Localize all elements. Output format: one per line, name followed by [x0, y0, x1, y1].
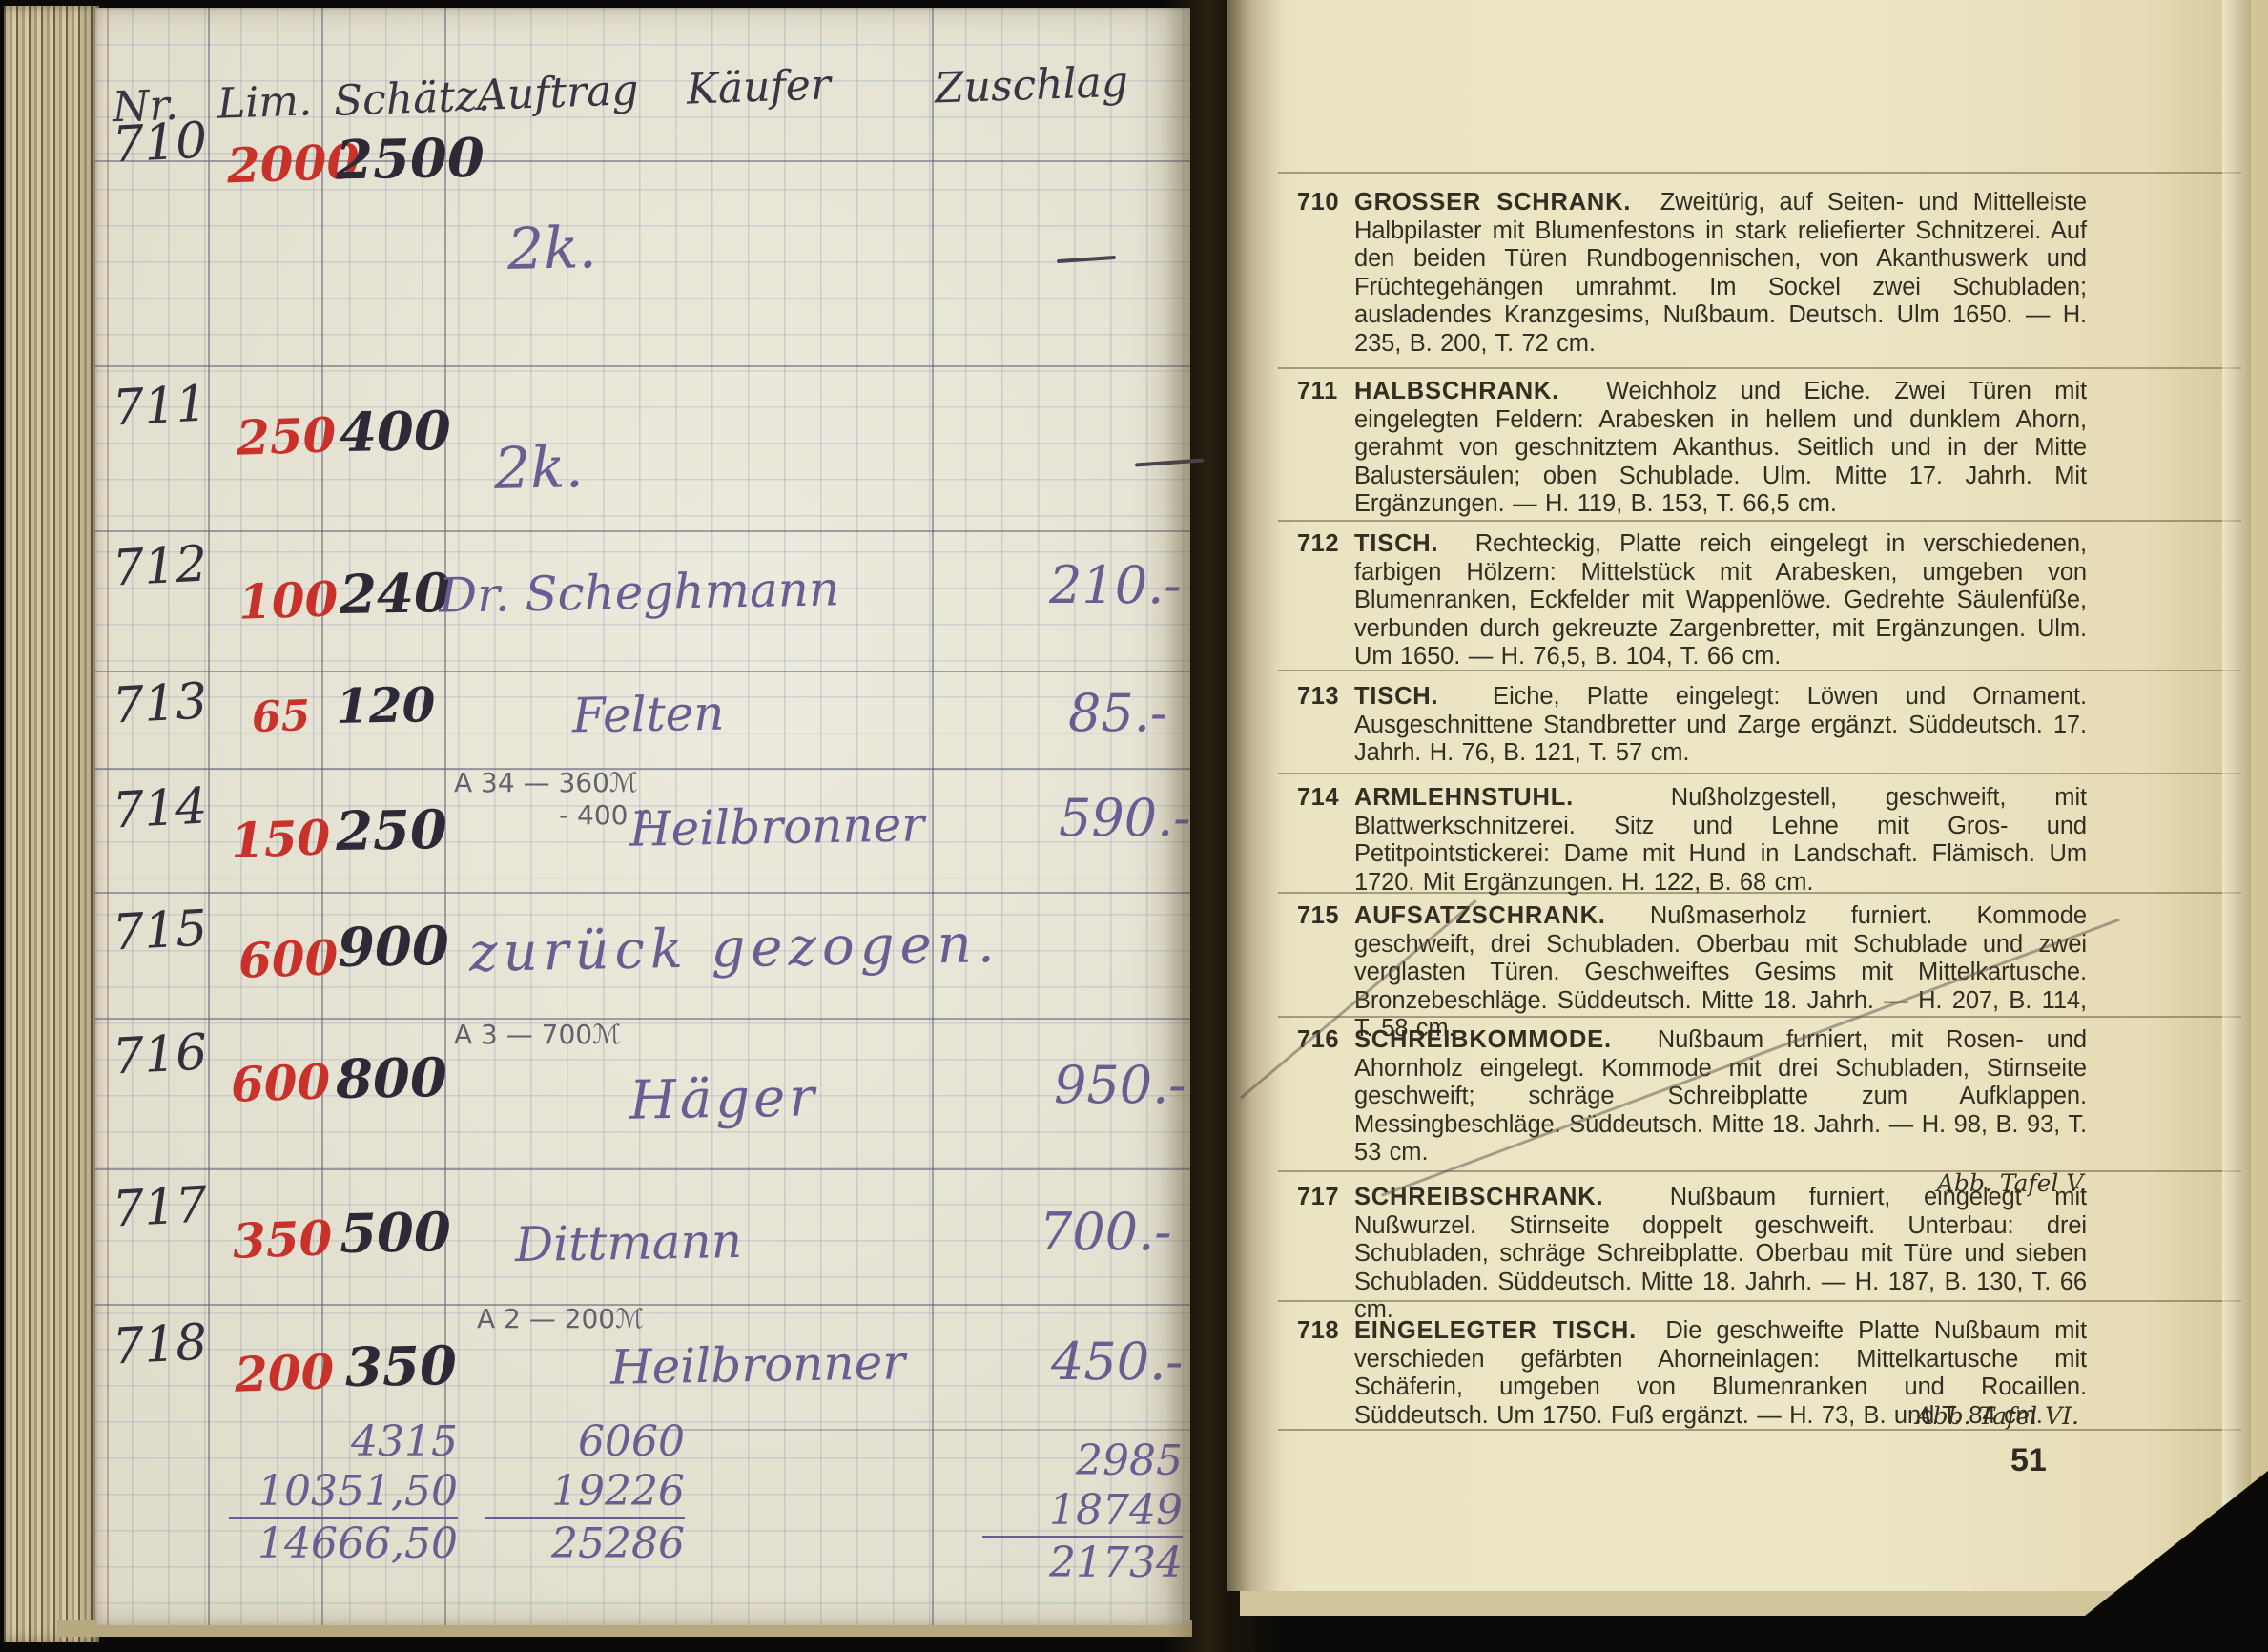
open-auction-ledger-photo: Nr. Lim. Schätz. Auftrag Käufer Zuschlag…	[0, 0, 2268, 1652]
buyer-name: Dittmann	[515, 1213, 743, 1272]
entry-rule	[1278, 773, 2241, 774]
catalog-entry-710: 710 GROSSER SCHRANK. Zweitürig, auf Seit…	[1297, 189, 2087, 358]
row-rule	[95, 365, 1190, 367]
entry-title: GROSSER SCHRANK.	[1354, 189, 1631, 216]
row-rule	[95, 1018, 1190, 1020]
catalog-entry-712: 712 TISCH. Rechteckig, Platte reich eing…	[1297, 530, 2087, 671]
estimate-value: 250	[335, 798, 447, 863]
book-page-edges	[4, 6, 99, 1642]
entry-rule	[1278, 367, 2241, 369]
catalog-entry-714: 714 ARMLEHNSTUHL. Nußholzgestell, geschw…	[1297, 784, 2087, 897]
column-rule-kaeufer	[932, 8, 934, 1625]
margin-rule	[107, 8, 109, 1625]
totals-estimate-column: 6060 19226 25286	[485, 1417, 685, 1569]
catalog-entry-715: 715 AUFSATZSCHRANK. Nußmaserholz furnier…	[1297, 902, 2087, 1043]
entry-title: TISCH.	[1354, 530, 1438, 557]
entry-number: 712	[1297, 530, 1339, 558]
entry-title: SCHREIBKOMMODE.	[1354, 1026, 1612, 1053]
col-header-kaeufer: Käufer	[686, 60, 832, 114]
entry-title: SCHREIBSCHRANK.	[1354, 1184, 1603, 1210]
withdrawn-remark: zurück gezogen.	[468, 913, 1000, 984]
estimate-value: 800	[335, 1046, 447, 1111]
estimate-value: 900	[337, 915, 449, 980]
book-gutter-shadow	[1165, 0, 1280, 1652]
entry-number: 713	[1297, 683, 1339, 711]
entry-rule	[1278, 172, 2241, 174]
grand-total: 14666,50	[229, 1517, 458, 1569]
commission-note: A 2 — 200ℳ	[477, 1303, 644, 1334]
entry-number: 710	[1297, 189, 1339, 217]
page-number: 51	[2010, 1442, 2047, 1479]
totals-block-left: 4315 10351,50 14666,50 6060 19226 25286	[229, 1417, 685, 1569]
lot-number: 718	[111, 1313, 208, 1375]
buyer-name: 2k.	[493, 434, 584, 503]
estimate-value: 500	[339, 1201, 451, 1266]
catalog-entry-713: 713 TISCH. Eiche, Platte eingelegt: Löwe…	[1297, 683, 2087, 768]
hammer-price: 450.-	[1051, 1332, 1183, 1392]
limit-value: 350	[232, 1209, 333, 1270]
row-rule	[95, 892, 1190, 894]
limit-value: 200	[234, 1343, 335, 1403]
totals-block-right: 2985 18749 21734	[982, 1436, 1183, 1588]
entry-number: 717	[1297, 1184, 1339, 1211]
col-header-auftrag: Auftrag	[476, 66, 639, 120]
subtotal: 10351,50	[229, 1467, 458, 1517]
buyer-name: 2k.	[506, 215, 597, 283]
entry-number: 714	[1297, 784, 1339, 812]
lot-number: 717	[111, 1176, 208, 1238]
buyer-name: Häger	[629, 1066, 818, 1131]
commission-note: A 3 — 700ℳ	[454, 1019, 621, 1050]
limit-value: 65	[251, 692, 311, 742]
subtotal: 18749	[982, 1486, 1183, 1536]
row-rule	[95, 1168, 1190, 1170]
entry-number: 711	[1297, 378, 1338, 405]
subtotal: 6060	[485, 1417, 685, 1467]
lot-number: 713	[111, 672, 208, 734]
entry-number: 718	[1297, 1317, 1339, 1345]
entry-rule	[1278, 520, 2241, 522]
under-page-edge-right	[1240, 1591, 2232, 1616]
entry-description: Rechteckig, Platte reich eingelegt in ve…	[1354, 530, 2087, 670]
col-header-lim: Lim.	[216, 76, 313, 128]
entry-title: HALBSCHRANK.	[1354, 378, 1559, 404]
lot-number: 712	[111, 535, 208, 597]
no-sale-dash	[1057, 256, 1116, 263]
entry-title: AUFSATZSCHRANK.	[1354, 902, 1606, 929]
ledger-page: Nr. Lim. Schätz. Auftrag Käufer Zuschlag…	[95, 8, 1190, 1625]
catalog-entry-717: 717 SCHREIBSCHRANK. Nußbaum furniert, ei…	[1297, 1184, 2087, 1325]
limit-value: 150	[230, 809, 331, 869]
estimate-value: 400	[339, 400, 451, 465]
entry-title: EINGELEGTER TISCH.	[1354, 1317, 1637, 1344]
subtotal: 2985	[982, 1436, 1183, 1486]
buyer-name: Felten	[572, 686, 725, 744]
lot-number: 710	[111, 112, 208, 174]
row-rule	[95, 671, 1190, 672]
commission-note: A 34 — 360ℳ	[454, 767, 638, 798]
grand-total: 21734	[982, 1536, 1183, 1588]
subtotal: 19226	[485, 1467, 685, 1517]
lot-number: 714	[111, 777, 208, 839]
totals-limit-column: 4315 10351,50 14666,50	[229, 1417, 458, 1569]
fore-edge-highlight	[2222, 0, 2251, 1526]
hammer-price: 210.-	[1049, 555, 1181, 615]
col-header-zuschlag: Zuschlag	[934, 57, 1129, 113]
buyer-name: Dr. Scheghmann	[439, 561, 840, 623]
entry-description: Eiche, Platte eingelegt: Löwen und Ornam…	[1354, 683, 2087, 766]
estimate-value: 240	[339, 562, 451, 627]
limit-value: 600	[237, 929, 339, 989]
hammer-price: 85.-	[1068, 683, 1167, 743]
catalog-entry-716: 716 SCHREIBKOMMODE. Nußbaum furniert, mi…	[1297, 1026, 2087, 1197]
row-rule-partial	[649, 1429, 1190, 1431]
subtotal: 4315	[229, 1417, 458, 1467]
catalog-entry-711: 711 HALBSCHRANK. Weichholz und Eiche. Zw…	[1297, 378, 2087, 519]
estimate-value: 2500	[335, 127, 485, 193]
col-header-schaetz: Schätz.	[333, 72, 491, 126]
row-rule	[95, 768, 1190, 770]
catalog-entry-718: 718 EINGELEGTER TISCH. Die geschweifte P…	[1297, 1317, 2087, 1430]
lot-number: 715	[111, 899, 208, 961]
column-rule-nr	[208, 8, 210, 1625]
entry-title: TISCH.	[1354, 683, 1438, 710]
hammer-price: 700.-	[1040, 1202, 1171, 1262]
limit-value: 100	[237, 570, 339, 630]
limit-value: 250	[236, 406, 337, 466]
buyer-name: Heilbronner	[610, 1334, 906, 1394]
lot-number: 716	[111, 1023, 208, 1085]
estimate-value: 350	[344, 1334, 457, 1399]
plate-reference: Abb. Tafel VI.	[1916, 1402, 2079, 1430]
lot-number: 711	[111, 375, 208, 437]
row-rule	[95, 530, 1190, 532]
limit-value: 600	[230, 1053, 331, 1113]
entry-title: ARMLEHNSTUHL.	[1354, 784, 1574, 811]
grand-total: 25286	[485, 1517, 685, 1569]
entry-number: 715	[1297, 902, 1339, 930]
buyer-name: Heilbronner	[629, 796, 925, 857]
estimate-value: 120	[335, 676, 435, 734]
